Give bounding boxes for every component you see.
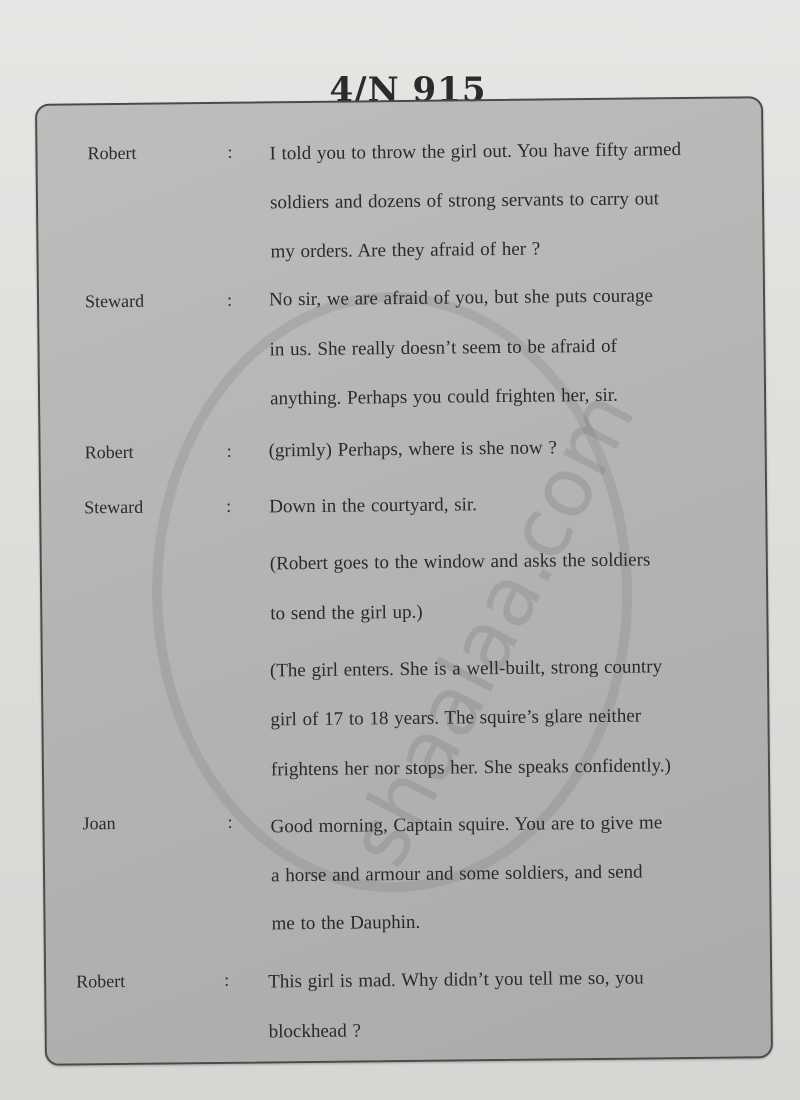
dialogue-line: Down in the courtyard, sir. xyxy=(269,494,477,518)
stage-direction: (The girl enters. She is a well-built, s… xyxy=(270,656,662,682)
stage-direction: (Robert goes to the window and asks the … xyxy=(270,549,651,575)
speaker-colon: : xyxy=(224,970,229,991)
dialogue-line: I told you to throw the girl out. You ha… xyxy=(269,139,681,165)
watermark-circle xyxy=(149,290,635,895)
speaker-name: Joan xyxy=(82,813,115,834)
dialogue-line: (grimly) Perhaps, where is she now ? xyxy=(269,437,558,462)
dialogue-line: me to the Dauphin. xyxy=(271,912,420,936)
dialogue-line: anything. Perhaps you could frighten her… xyxy=(270,385,618,411)
stage-direction: frightens her nor stops her. She speaks … xyxy=(271,755,671,781)
speaker-colon: : xyxy=(227,441,232,462)
speaker-name: Robert xyxy=(87,143,136,165)
dialogue-line: in us. She really doesn’t seem to be afr… xyxy=(269,336,617,362)
dialogue-line: No sir, we are afraid of you, but she pu… xyxy=(269,285,653,311)
speaker-name: Robert xyxy=(76,971,125,993)
stage-direction: to send the girl up.) xyxy=(270,602,423,626)
dialogue-line: my orders. Are they afraid of her ? xyxy=(270,239,540,264)
speaker-colon: : xyxy=(227,812,232,833)
dialogue-line: This girl is mad. Why didn’t you tell me… xyxy=(268,968,644,994)
speaker-name: Robert xyxy=(85,442,134,464)
dialogue-line: Good morning, Captain squire. You are to… xyxy=(270,812,662,838)
speaker-colon: : xyxy=(227,142,232,163)
dialogue-box: shaalaa.com Robert : I told you to throw… xyxy=(35,96,773,1066)
speaker-colon: : xyxy=(227,290,232,311)
speaker-name: Steward xyxy=(84,497,143,519)
speaker-colon: : xyxy=(226,496,231,517)
dialogue-line: soldiers and dozens of strong servants t… xyxy=(270,188,659,214)
speaker-name: Steward xyxy=(85,291,144,313)
dialogue-line: a horse and armour and some soldiers, an… xyxy=(271,862,643,888)
stage-direction: girl of 17 to 18 years. The squire’s gla… xyxy=(270,706,641,732)
dialogue-line: blockhead ? xyxy=(269,1020,361,1043)
